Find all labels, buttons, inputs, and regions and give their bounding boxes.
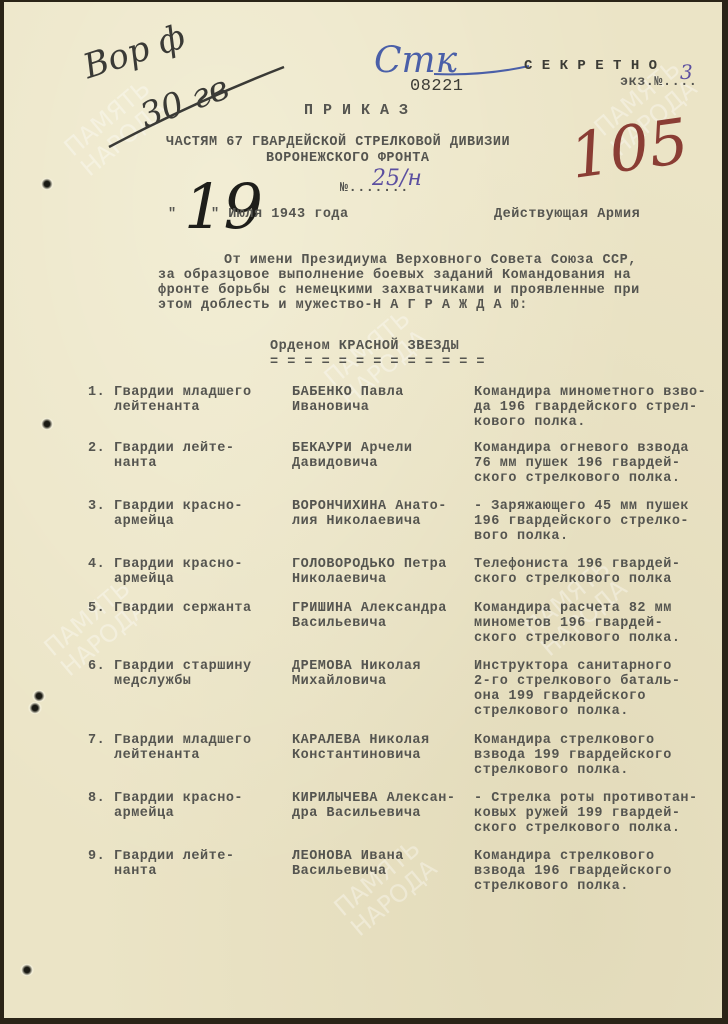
awardee-rank: армейца [114, 805, 174, 822]
award-heading: Орденом КРАСНОЙ ЗВЕЗДЫ [270, 338, 459, 355]
order-location: Действующая Армия [494, 206, 640, 223]
awardee-position: стрелкового полка. [474, 878, 629, 895]
order-subtitle-1: ЧАСТЯМ 67 ГВАРДЕЙСКОЙ СТРЕЛКОВОЙ ДИВИЗИИ [166, 134, 510, 151]
awardee-rank: армейца [114, 513, 174, 530]
awardee-position: стрелкового полка. [474, 703, 629, 720]
punch-hole [32, 690, 46, 702]
order-title: П Р И К А З [304, 102, 409, 119]
awardee-rank: нанта [114, 455, 157, 472]
awardee-number: 4. [88, 556, 105, 573]
awardee-name: Васильевича [292, 615, 387, 632]
awardee-rank: нанта [114, 863, 157, 880]
punch-hole [20, 964, 34, 976]
copy-number: 3 [680, 60, 693, 84]
awardee-rank: лейтенанта [114, 747, 200, 764]
awardee-number: 5. [88, 600, 105, 617]
awardee-name: Константиновича [292, 747, 421, 764]
awardee-number: 6. [88, 658, 105, 675]
awardee-name: Михайловича [292, 673, 387, 690]
awardee-position: ского стрелкового полка. [474, 470, 680, 487]
awardee-position: ского стрелкового полка [474, 571, 672, 588]
order-date: " " Июля 1943 года [168, 206, 349, 223]
awardee-position: ского стрелкового полка. [474, 630, 680, 647]
punch-hole [40, 418, 54, 430]
awardee-number: 2. [88, 440, 105, 457]
preamble-line: этом доблесть и мужество-Н А Г Р А Ж Д А… [158, 297, 528, 314]
order-subtitle-2: ВОРОНЕЖСКОГО ФРОНТА [266, 150, 429, 167]
awardee-position: вого полка. [474, 528, 569, 545]
awardee-name: лия Николаевича [292, 513, 421, 530]
awardee-number: 8. [88, 790, 105, 807]
registration-number: 08221 [410, 78, 464, 95]
awardee-name: Васильевича [292, 863, 387, 880]
document-page: ПАМЯТЬНАРОДА ПАМЯТЬНАРОДА ПАМЯТЬНАРОДА П… [4, 2, 722, 1018]
classification-label: С Е К Р Е Т Н О [524, 58, 658, 75]
awardee-name: Давидовича [292, 455, 378, 472]
awardee-number: 1. [88, 384, 105, 401]
awardee-position: кового полка. [474, 414, 586, 431]
order-number: 25/н [372, 166, 422, 191]
awardee-number: 9. [88, 848, 105, 865]
awardee-name: Ивановича [292, 399, 369, 416]
handwritten-red-number: 105 [565, 104, 692, 193]
awardee-position: стрелкового полка. [474, 762, 629, 779]
awardee-rank: армейца [114, 571, 174, 588]
awardee-rank: Гвардии сержанта [114, 600, 252, 617]
award-underline: = = = = = = = = = = = = = [270, 354, 485, 371]
awardee-number: 7. [88, 732, 105, 749]
awardee-number: 3. [88, 498, 105, 515]
awardee-name: Николаевича [292, 571, 387, 588]
awardee-rank: медслужбы [114, 673, 191, 690]
punch-hole [28, 702, 42, 714]
awardee-position: ского стрелкового полка. [474, 820, 680, 837]
awardee-rank: лейтенанта [114, 399, 200, 416]
punch-hole [40, 178, 54, 190]
awardee-name: дра Васильевича [292, 805, 421, 822]
